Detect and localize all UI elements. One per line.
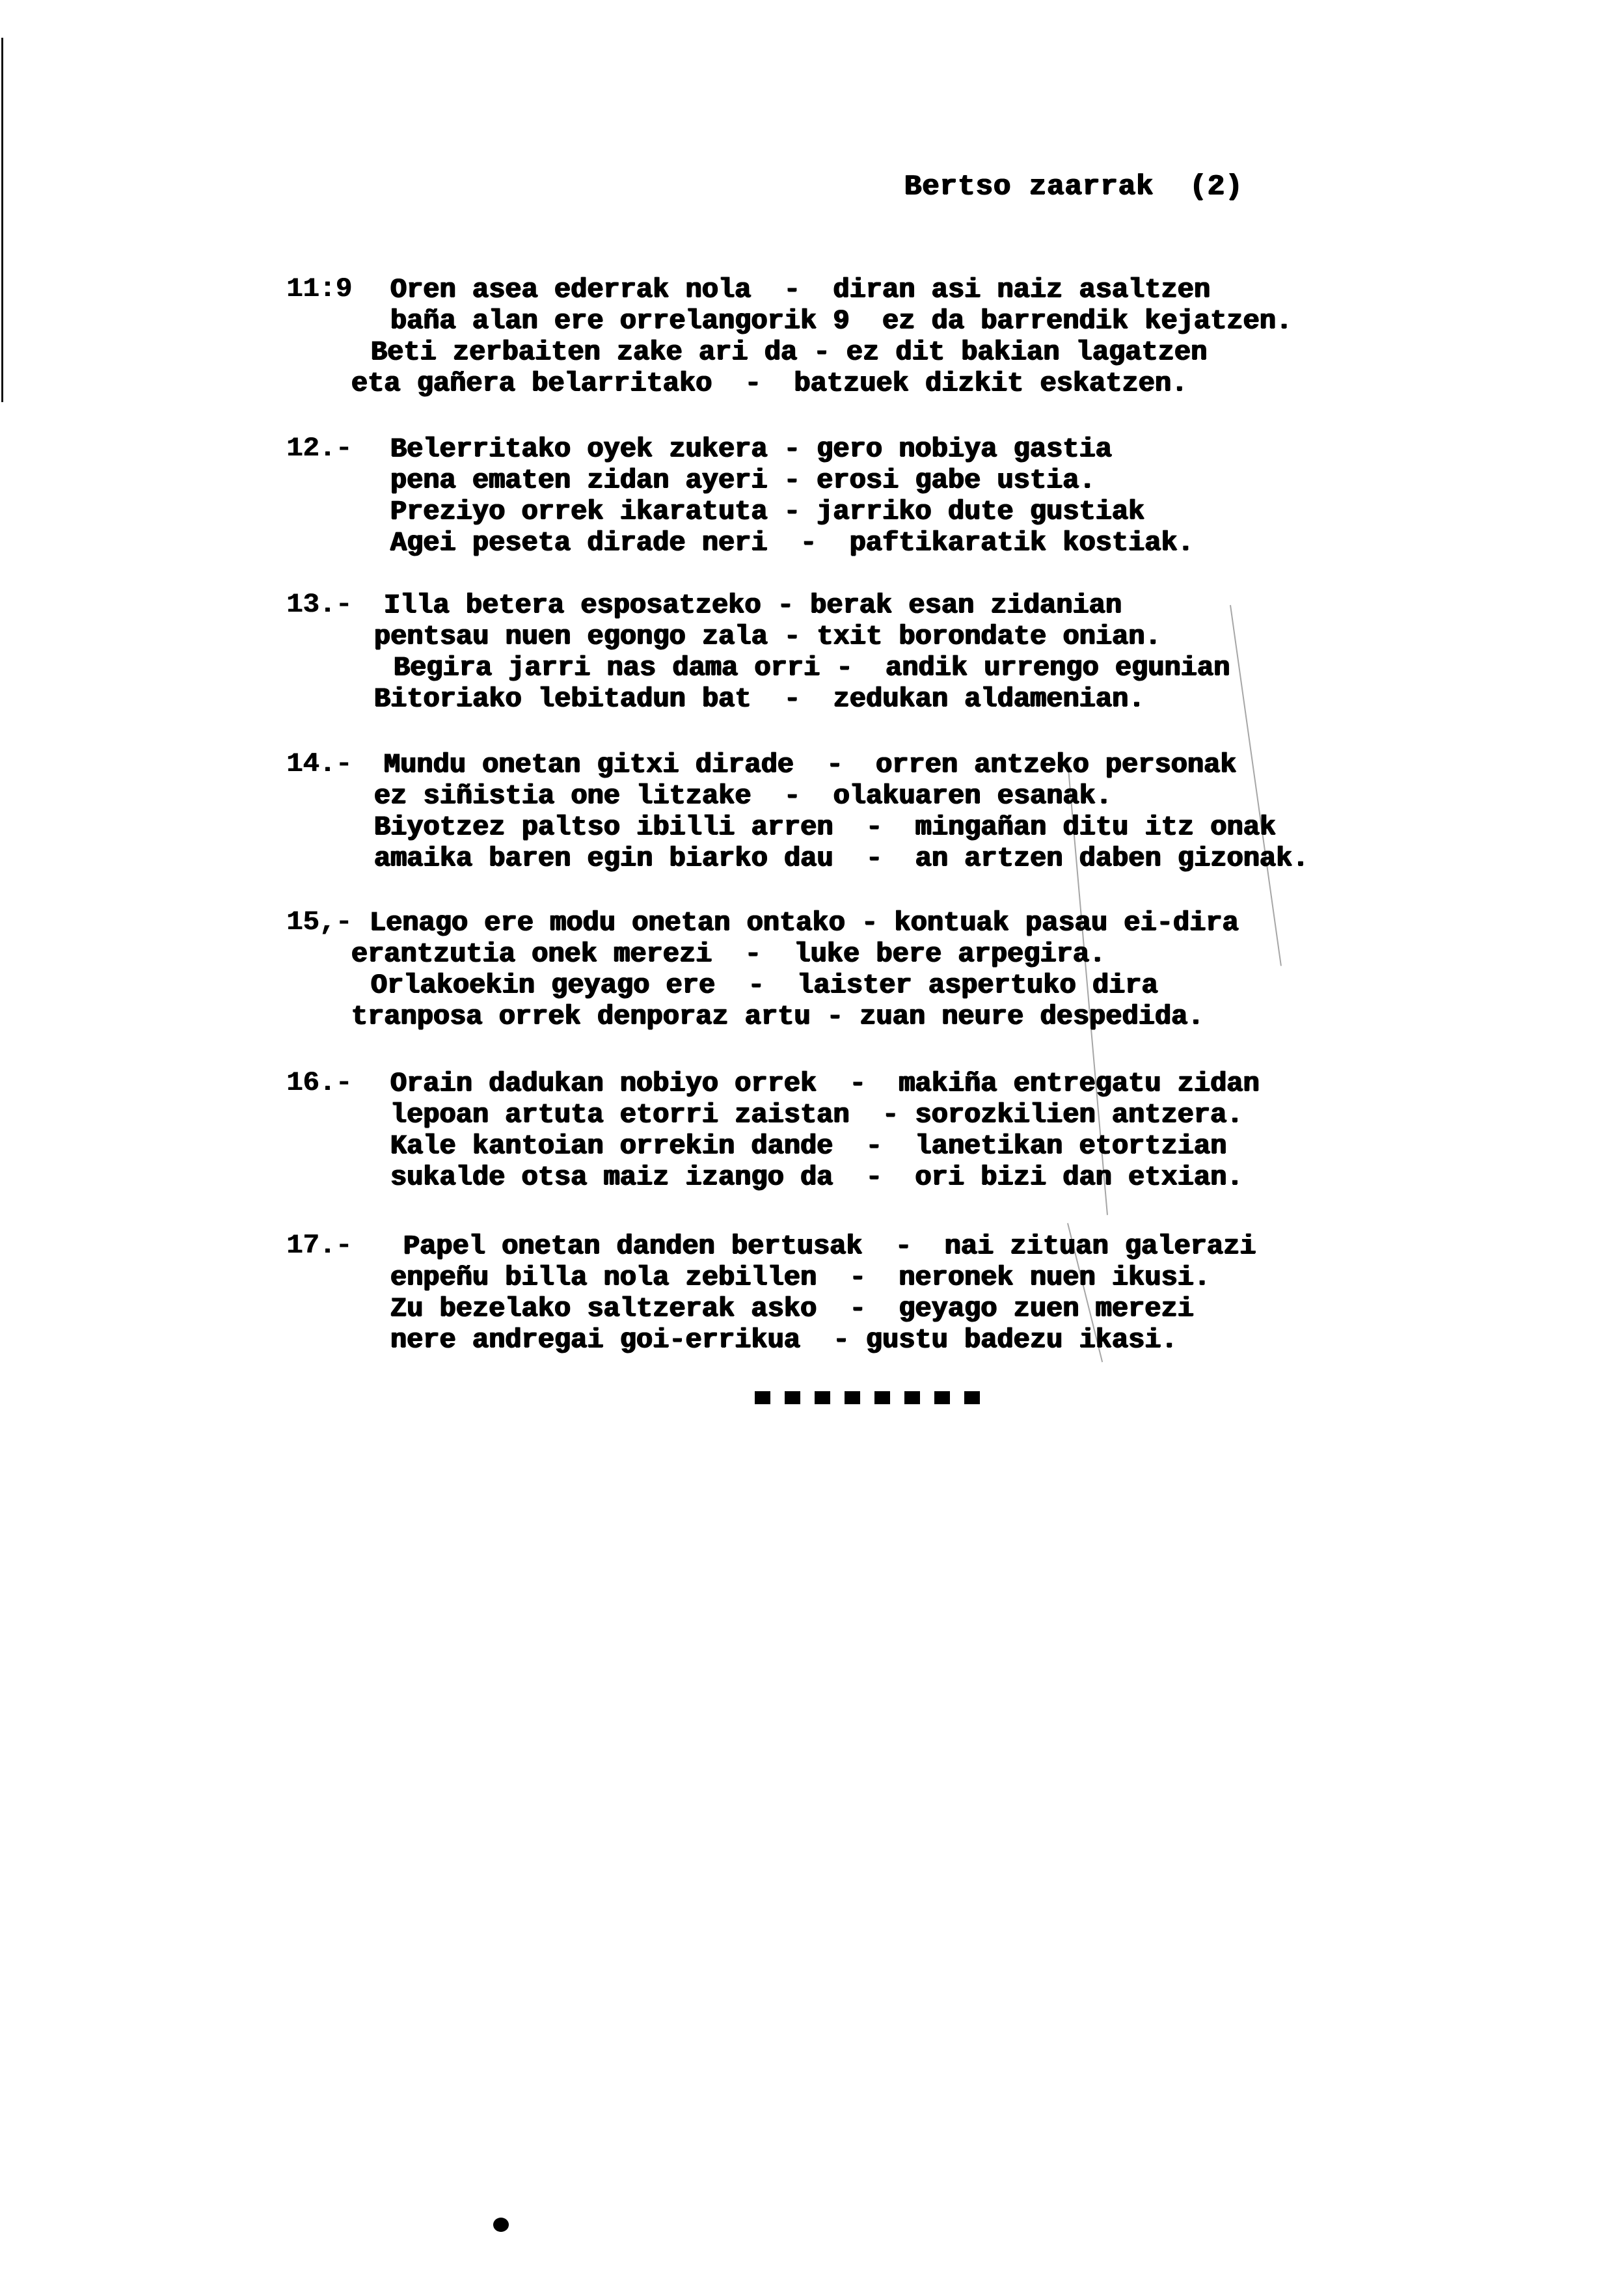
separator-mark — [815, 1391, 830, 1404]
stanza-number: 12.- — [286, 433, 352, 464]
page-edge-line — [1, 38, 3, 402]
verse-line: Mundu onetan gitxi dirade - orren antzek… — [384, 748, 1237, 781]
separator-mark — [874, 1391, 890, 1404]
section-separator — [755, 1391, 980, 1404]
verse-line: lepoan artuta etorri zaistan - sorozkili… — [390, 1098, 1243, 1131]
verse-line: Oren asea ederrak nola - diran asi naiz … — [390, 273, 1210, 306]
verse-line: amaika baren egin biarko dau - an artzen… — [374, 842, 1309, 875]
stanza-number: 11:9 — [286, 273, 352, 305]
verse-line: Orlakoekin geyago ere - laister aspertuk… — [371, 969, 1158, 1001]
verse-line: Kale kantoian orrekin dande - lanetikan … — [390, 1130, 1226, 1162]
stanza-number: 13.- — [286, 589, 352, 620]
verse-line: Orain dadukan nobiyo orrek - makiña entr… — [390, 1067, 1260, 1100]
verse-line: Papel onetan danden bertusak - nai zitua… — [403, 1230, 1256, 1262]
separator-mark — [785, 1391, 800, 1404]
separator-mark — [964, 1391, 980, 1404]
verse-line: tranposa orrek denporaz artu - zuan neur… — [351, 1000, 1204, 1033]
separator-mark — [934, 1391, 950, 1404]
separator-mark — [845, 1391, 860, 1404]
verse-line: Agei peseta dirade neri - paftikaratik k… — [390, 526, 1194, 559]
stanza-number: 14.- — [286, 748, 352, 780]
verse-line: Lenago ere modu onetan ontako - kontuak … — [370, 906, 1239, 939]
verse-line: eta gañera belarritako - batzuek dizkit … — [351, 367, 1187, 400]
verse-line: enpeñu billa nola zebillen - neronek nue… — [390, 1261, 1210, 1294]
page-title: Bertso zaarrak (2) — [904, 170, 1243, 203]
separator-mark — [755, 1391, 770, 1404]
stanza-number: 17.- — [286, 1230, 352, 1261]
verse-line: Belerritako oyek zukera - gero nobiya ga… — [390, 433, 1112, 465]
verse-line: erantzutia onek merezi - luke bere arpeg… — [351, 938, 1105, 970]
ink-dot — [493, 2218, 509, 2232]
verse-line: Preziyo orrek ikaratuta - jarriko dute g… — [390, 495, 1144, 528]
separator-mark — [904, 1391, 920, 1404]
verse-line: Beti zerbaiten zake ari da - ez dit baki… — [371, 336, 1207, 368]
stanza-number: 16.- — [286, 1067, 352, 1098]
verse-line: nere andregai goi-errikua - gustu badezu… — [390, 1324, 1178, 1356]
verse-line: baña alan ere orrelangorik 9 ez da barre… — [390, 305, 1292, 337]
verse-line: ez siñistia one litzake - olakuaren esan… — [374, 780, 1112, 812]
stanza-number: 15,- — [286, 906, 352, 938]
verse-line: Bitoriako lebitadun bat - zedukan aldame… — [374, 683, 1145, 715]
verse-line: Biyotzez paltso ibilli arren - mingañan … — [374, 811, 1276, 843]
verse-line: sukalde otsa maiz izango da - ori bizi d… — [390, 1161, 1243, 1193]
verse-line: Illa betera esposatzeko - berak esan zid… — [384, 589, 1122, 621]
verse-line: pena ematen zidan ayeri - erosi gabe ust… — [390, 464, 1096, 496]
verse-line: pentsau nuen egongo zala - txit borondat… — [374, 620, 1161, 653]
verse-line: Zu bezelako saltzerak asko - geyago zuen… — [390, 1292, 1194, 1325]
verse-line: Begira jarri nas dama orri - andik urren… — [394, 651, 1230, 684]
